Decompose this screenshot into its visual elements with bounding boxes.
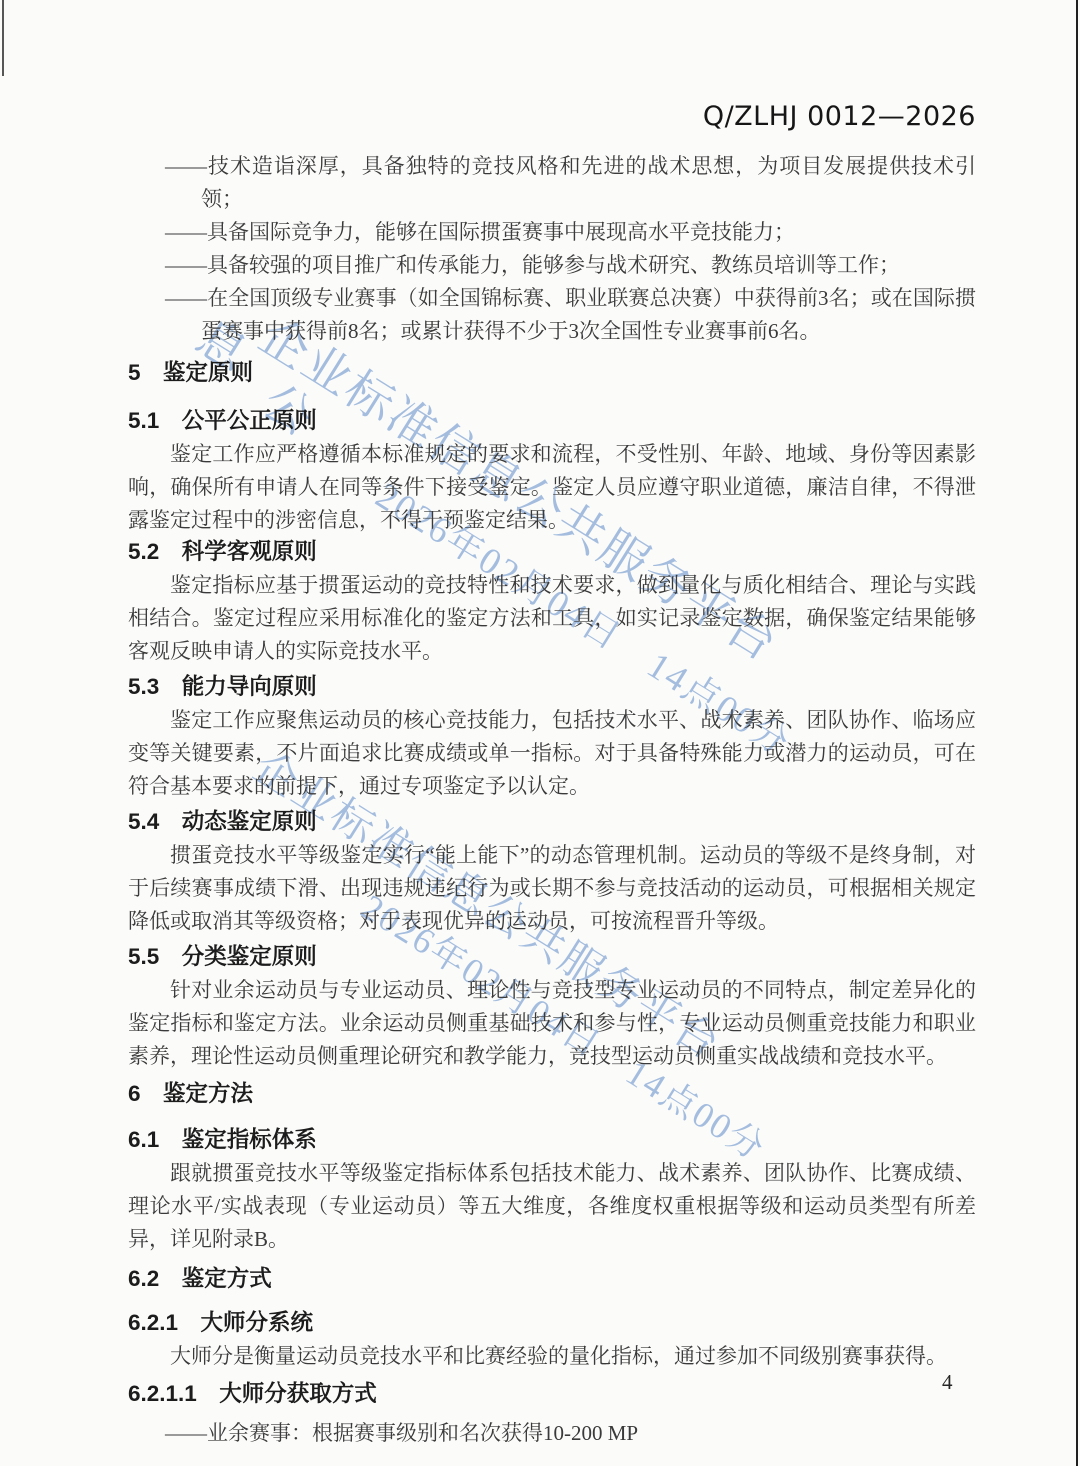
scan-edge-artifact-right — [1076, 0, 1078, 1466]
section-heading-5: 5 鉴定原则 — [128, 358, 976, 388]
paragraph-5-2: 鉴定指标应基于掼蛋运动的竞技特性和技术要求，做到量化与质化相结合、理论与实践相结… — [128, 569, 976, 668]
section-heading-5-1: 5.1 公平公正原则 — [128, 406, 976, 436]
bullet-item: ——业余赛事：根据赛事级别和名次获得10-200 MP — [165, 1417, 976, 1450]
paragraph-5-1: 鉴定工作应严格遵循本标准规定的要求和流程，不受性别、年龄、地域、身份等因素影响，… — [128, 438, 976, 537]
scan-edge-artifact-left — [2, 0, 4, 76]
paragraph-6-2-1: 大师分是衡量运动员竞技水平和比赛经验的量化指标，通过参加不同级别赛事获得。 — [128, 1340, 976, 1373]
paragraph-5-4: 掼蛋竞技水平等级鉴定实行“能上能下”的动态管理机制。运动员的等级不是终身制，对于… — [128, 839, 976, 938]
page-number: 4 — [942, 1370, 953, 1395]
section-heading-6-2: 6.2 鉴定方式 — [128, 1264, 976, 1294]
paragraph-5-5: 针对业余运动员与专业运动员、理论性与竞技型专业运动员的不同特点，制定差异化的鉴定… — [128, 974, 976, 1073]
page-body: ——技术造诣深厚，具备独特的竞技风格和先进的战术思想，为项目发展提供技术引领； … — [128, 150, 976, 1450]
section-heading-5-3: 5.3 能力导向原则 — [128, 672, 976, 702]
document-page: 息 公 企业标准信息公共服务平台 2026年02月04日 14点00分 企业标准… — [0, 0, 1080, 1466]
section-heading-6-2-1: 6.2.1 大师分系统 — [128, 1308, 976, 1338]
section-heading-6-2-1-1: 6.2.1.1 大师分获取方式 — [128, 1379, 976, 1409]
bullet-item: ——具备较强的项目推广和传承能力，能够参与战术研究、教练员培训等工作； — [165, 249, 976, 282]
section-heading-5-4: 5.4 动态鉴定原则 — [128, 807, 976, 837]
bullet-item: ——技术造诣深厚，具备独特的竞技风格和先进的战术思想，为项目发展提供技术引领； — [165, 150, 976, 216]
bullet-item: ——具备国际竞争力，能够在国际掼蛋赛事中展现高水平竞技能力； — [165, 216, 976, 249]
section-heading-6-1: 6.1 鉴定指标体系 — [128, 1125, 976, 1155]
section-heading-6: 6 鉴定方法 — [128, 1079, 976, 1109]
paragraph-6-1: 跟就掼蛋竞技水平等级鉴定指标体系包括技术能力、战术素养、团队协作、比赛成绩、理论… — [128, 1157, 976, 1256]
intro-bullet-list: ——技术造诣深厚，具备独特的竞技风格和先进的战术思想，为项目发展提供技术引领； … — [165, 150, 976, 348]
bullet-item: ——在全国顶级专业赛事（如全国锦标赛、职业联赛总决赛）中获得前3名；或在国际掼蛋… — [165, 282, 976, 348]
paragraph-5-3: 鉴定工作应聚焦运动员的核心竞技能力，包括技术水平、战术素养、团队协作、临场应变等… — [128, 704, 976, 803]
section-heading-5-5: 5.5 分类鉴定原则 — [128, 942, 976, 972]
section-heading-5-2: 5.2 科学客观原则 — [128, 537, 976, 567]
standard-code-header: Q/ZLHJ 0012—2026 — [703, 101, 976, 132]
